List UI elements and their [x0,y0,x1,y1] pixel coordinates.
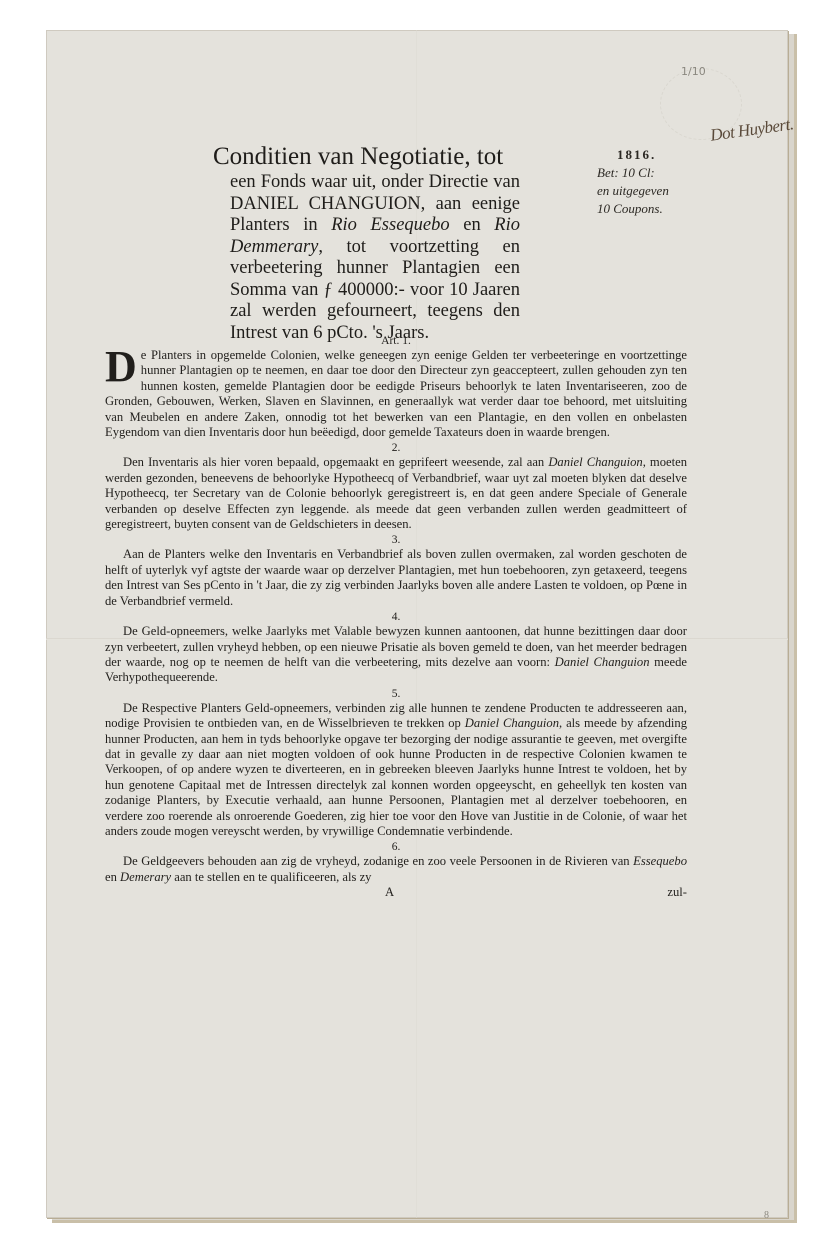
article-number: Art. 1. [105,335,687,348]
person-name: Daniel Changuion [548,455,642,469]
pencil-note-bottom: 8 [764,1210,769,1218]
article-1: De Planters in opgemelde Colonien, welke… [105,348,687,440]
document-title: Conditien van Negotiatie, tot een Fonds … [210,142,520,344]
article-3: Aan de Planters welke den Inventaris en … [105,547,687,609]
margin-note-line: en uitgegeven [597,182,707,200]
article-number: 3. [105,534,687,547]
article-number: 4. [105,611,687,624]
title-subtitle: een Fonds waar uit, onder Directie van D… [230,172,520,344]
article-4: De Geld-opneemers, welke Jaarlyks met Va… [105,624,687,686]
margin-note-line: Bet: 10 Cl: [597,164,707,182]
signature-mark: A [385,885,394,900]
article-number: 6. [105,841,687,854]
place-name: Rio Essequebo [331,215,449,235]
place-name: Essequebo [633,854,687,868]
margin-note-line: 10 Coupons. [597,200,707,218]
person-name: Daniel Changuion [465,716,559,730]
articles-body: Art. 1. De Planters in opgemelde Colonie… [105,333,687,901]
page-footer: A zul- [105,885,687,900]
article-number: 2. [105,442,687,455]
article-2: Den Inventaris als hier voren bepaald, o… [105,455,687,532]
article-5: De Respective Planters Geld-opneemers, v… [105,701,687,840]
margin-note-year: 1816. [617,146,707,164]
article-number: 5. [105,688,687,701]
catchword: zul- [667,885,687,900]
place-name: Demerary [120,870,171,884]
article-6: De Geldgeevers behouden aan zig de vryhe… [105,854,687,885]
title-heading: Conditien van Negotiatie, tot [213,142,520,172]
margin-note: 1816. Bet: 10 Cl: en uitgegeven 10 Coupo… [597,146,707,218]
person-name: Daniel Changuion [555,655,650,669]
pencil-note-top: 1/10 [681,65,706,78]
drop-cap: D [105,350,137,384]
